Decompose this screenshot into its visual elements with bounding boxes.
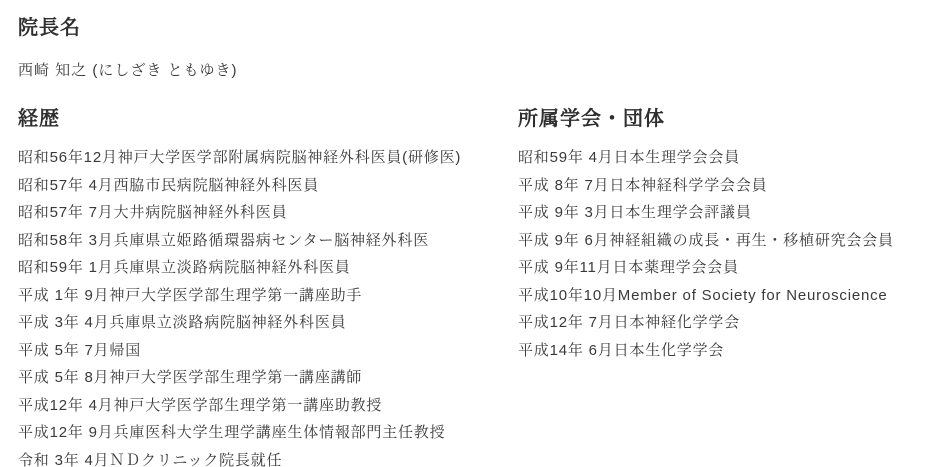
career-item: 平成 5年 7月帰国: [18, 337, 518, 365]
career-item: 平成 5年 8月神戸大学医学部生理学第一講座講師: [18, 364, 518, 392]
society-item: 平成 9年 3月日本生理学会評議員: [518, 199, 924, 227]
career-item: 平成 1年 9月神戸大学医学部生理学第一講座助手: [18, 282, 518, 310]
society-item: 平成 8年 7月日本神経科学学会会員: [518, 172, 924, 200]
society-item: 平成 9年11月日本薬理学会会員: [518, 254, 924, 282]
society-item: 昭和59年 4月日本生理学会会員: [518, 144, 924, 172]
society-item: 平成10年10月Member of Society for Neuroscien…: [518, 282, 924, 310]
societies-section: 所属学会・団体 昭和59年 4月日本生理学会会員 平成 8年 7月日本神経科学学…: [518, 108, 924, 467]
director-heading: 院長名: [18, 17, 924, 40]
career-item: 昭和56年12月神戸大学医学部附属病院脳神経外科医員(研修医): [18, 144, 518, 172]
career-item: 昭和57年 7月大井病院脳神経外科医員: [18, 199, 518, 227]
career-item: 令和 3年 4月ＮＤクリニック院長就任: [18, 447, 518, 467]
two-column-layout: 経歴 昭和56年12月神戸大学医学部附属病院脳神経外科医員(研修医) 昭和57年…: [18, 108, 924, 467]
career-item: 平成12年 9月兵庫医科大学生理学講座生体情報部門主任教授: [18, 419, 518, 447]
career-item: 昭和59年 1月兵庫県立淡路病院脳神経外科医員: [18, 254, 518, 282]
society-item: 平成 9年 6月神経組織の成長・再生・移植研究会会員: [518, 227, 924, 255]
career-item: 平成12年 4月神戸大学医学部生理学第一講座助教授: [18, 392, 518, 420]
director-section: 院長名 西崎 知之 (にしざき ともゆき): [18, 17, 924, 79]
career-list: 昭和56年12月神戸大学医学部附属病院脳神経外科医員(研修医) 昭和57年 4月…: [18, 144, 518, 467]
society-item: 平成14年 6月日本生化学学会: [518, 337, 924, 365]
career-item: 昭和58年 3月兵庫県立姫路循環器病センター脳神経外科医: [18, 227, 518, 255]
societies-heading: 所属学会・団体: [518, 108, 924, 131]
societies-list: 昭和59年 4月日本生理学会会員 平成 8年 7月日本神経科学学会会員 平成 9…: [518, 144, 924, 364]
career-item: 平成 3年 4月兵庫県立淡路病院脳神経外科医員: [18, 309, 518, 337]
career-section: 経歴 昭和56年12月神戸大学医学部附属病院脳神経外科医員(研修医) 昭和57年…: [18, 108, 518, 467]
career-heading: 経歴: [18, 108, 518, 131]
director-name: 西崎 知之 (にしざき ともゆき): [18, 62, 924, 79]
profile-page: 院長名 西崎 知之 (にしざき ともゆき) 経歴 昭和56年12月神戸大学医学部…: [0, 0, 934, 467]
society-item: 平成12年 7月日本神経化学学会: [518, 309, 924, 337]
career-item: 昭和57年 4月西脇市民病院脳神経外科医員: [18, 172, 518, 200]
